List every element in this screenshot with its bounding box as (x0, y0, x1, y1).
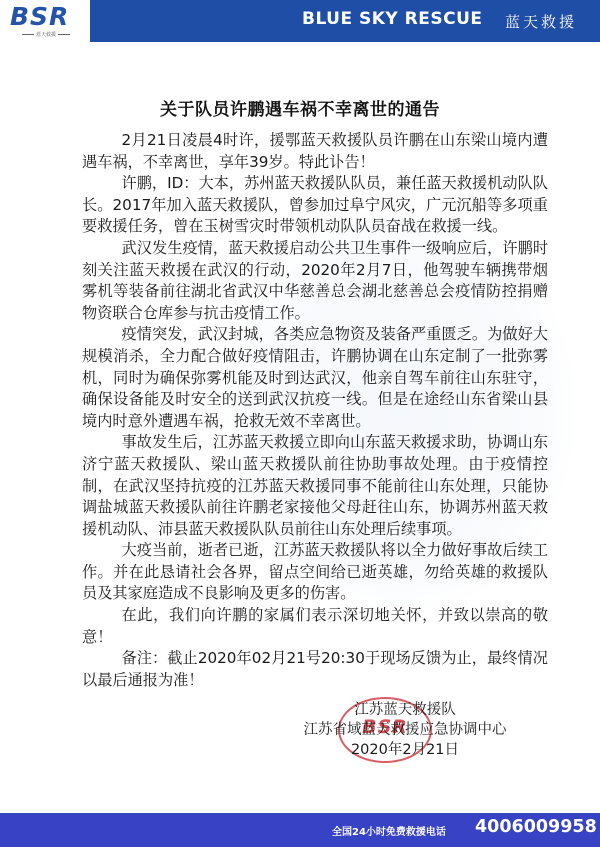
paragraph-aftermath: 事故发生后，江苏蓝天救援立即向山东蓝天救援求助，协调山东济宁蓝天救援队、梁山蓝天… (82, 432, 548, 540)
paragraph-condolence: 在此，我们向许鹏的家属们表示深切地关怀，并致以崇高的敬意！ (82, 605, 548, 648)
header-title-en: BLUE SKY RESCUE (302, 9, 483, 29)
hotline-number: 4006009958 (475, 817, 597, 837)
paragraph-announcement: 2月21日凌晨4时许，援鄂蓝天救援队员许鹏在山东梁山境内遭遇车祸，不幸离世，享年… (82, 130, 548, 173)
footer-bar: 全国24小时免费救援电话 4006009958 (0, 813, 600, 847)
logo-text: BSR (10, 2, 69, 31)
signature-org-1: 江苏蓝天救援队 (280, 700, 530, 720)
header-title-cn: 蓝天救援 (505, 11, 577, 32)
paragraph-equipment: 疫情突发，武汉封城，各类应急物资及装备严重匮乏。为做好大规模消杀，全力配合做好疫… (82, 324, 548, 432)
signature-date: 2020年2月21日 (280, 740, 530, 760)
paragraph-remark: 备注：截止2020年02月21号20:30于现场反馈为止，最终情况以最后通报为准… (82, 648, 548, 691)
bsr-logo: BSR 蓝天救援 (8, 4, 80, 40)
logo-subtitle: 蓝天救援 (18, 31, 74, 38)
paragraph-wuhan-response: 武汉发生疫情，蓝天救援启动公共卫生事件一级响应后，许鹏时刻关注蓝天救援在武汉的行… (82, 238, 548, 324)
notice-body: 2月21日凌晨4时许，援鄂蓝天救援队员许鹏在山东梁山境内遭遇车祸，不幸离世，享年… (82, 130, 548, 691)
hotline-label: 全国24小时免费救援电话 (332, 823, 446, 838)
signature-org-2: 江苏省域蓝天救援应急协调中心 (280, 720, 530, 740)
header-bar: BLUE SKY RESCUE 蓝天救援 (90, 0, 600, 42)
signature-block: 江苏蓝天救援队 江苏省域蓝天救援应急协调中心 2020年2月21日 (280, 700, 530, 760)
paragraph-appeal: 大疫当前，逝者已逝，江苏蓝天救援队将以全力做好事故后续工作。并在此恳请社会各界，… (82, 540, 548, 605)
paragraph-biography: 许鹏，ID：大本，苏州蓝天救援队队员，兼任蓝天救援机动队队长。2017年加入蓝天… (82, 173, 548, 238)
notice-title: 关于队员许鹏遇车祸不幸离世的通告 (0, 95, 600, 120)
